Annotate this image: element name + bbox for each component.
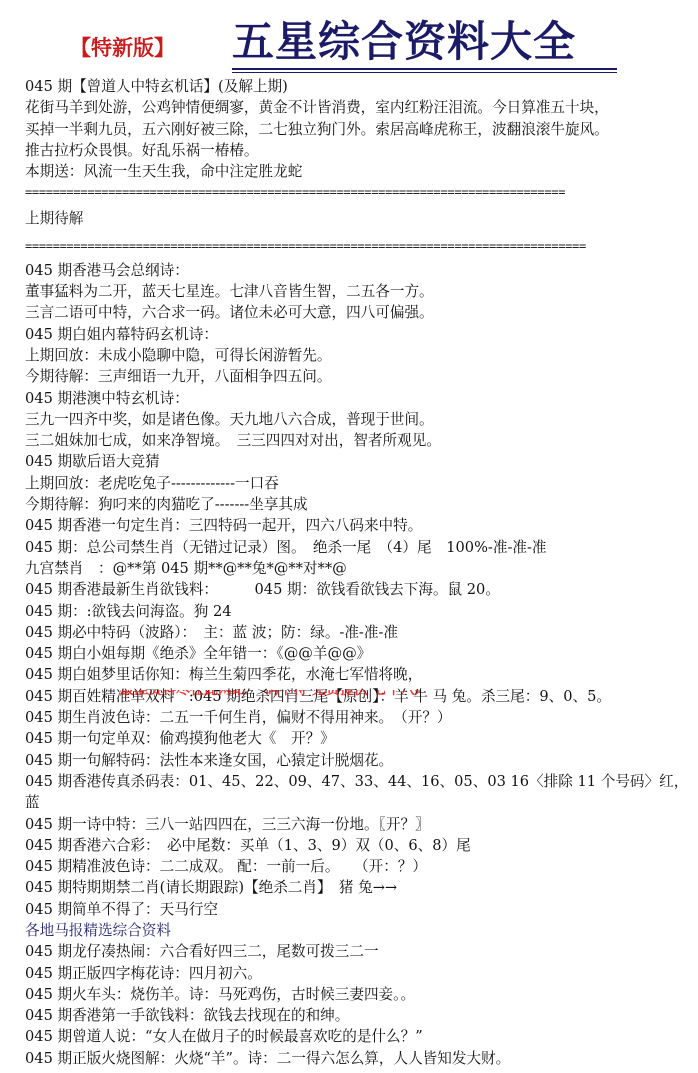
intro-line: 花街马羊到处游，公鸡钟情便绸寥，黄金不计皆消费，室内红粉汪泪流。今日算准五十块， bbox=[25, 97, 693, 118]
list-item: 045 期香港传真杀码表：01、45、22、09、47、33、44、16、05、… bbox=[25, 771, 693, 814]
intro-line: 买掉一半剩九员，五六刚好被三除，二七独立狗门外。索居高峰虎称王，波翻浪滚牛旋风。 bbox=[25, 119, 693, 140]
list-item: 045 期香港最新生肖欲钱料： 045 期：欲钱看欲钱去下海。鼠 20。 bbox=[25, 579, 693, 600]
list-item: 今期待解：三声细语一九开，八面相争四五问。 bbox=[25, 366, 693, 387]
list-item: 045 期一句定单双：偷鸡摸狗他老大《 开？》 bbox=[25, 728, 693, 749]
list-item: 045 期精准波色诗：二二成双。 配：一前一后。 （开：？） bbox=[25, 856, 693, 877]
separator-bottom: ========================================… bbox=[25, 236, 693, 256]
list-item: 今期待解：狗叼来的肉猫吃了-------坐享其成 bbox=[25, 494, 693, 515]
list-item: 045 期歇后语大竞猜 bbox=[25, 451, 693, 472]
list-item: 045 期白姐内幕特码玄机诗： bbox=[25, 324, 693, 345]
title-underline-thin bbox=[232, 72, 617, 73]
red-overlay-label: 最准资料尽在此网站 一码中特 免费提供 七十八期 bbox=[120, 690, 420, 697]
list-item: 上期回放：未成小隐聊中隐，可得长闲游暂先。 bbox=[25, 345, 693, 366]
list-item: 045 期香港六合彩： 必中尾数：买单（1、3、9）双（0、6、8）尾 bbox=[25, 835, 693, 856]
list-item: 三二姐妹加七成，如来净智境。 三三四四对对出，智者所观见。 bbox=[25, 430, 693, 451]
list-item: 045 期正版火烧图解：火烧“羊”。诗：二一得六怎么算，人人皆知发大财。 bbox=[25, 1048, 693, 1069]
separator-top: ========================================… bbox=[25, 182, 693, 202]
list-item: 董事猛料为二开，蓝天七星连。七津八音皆生智，二五各一方。 bbox=[25, 281, 693, 302]
list-item: 045 期香港第一手欲钱料：欲钱去找现在的和绅。 bbox=[25, 1005, 693, 1026]
pending-items-list: 045 期香港马会总纲诗： 董事猛料为二开，蓝天七星连。七津八音皆生智，二五各一… bbox=[25, 260, 693, 920]
list-item: 045 期龙仔凑热闹：六合看好四三二，尾数可拨三二一 bbox=[25, 941, 693, 962]
list-item: 045 期香港一句定生肖：三四特码一起开，四六八码来中特。 bbox=[25, 515, 693, 536]
page-header: 【特新版】 五星综合资料大全 bbox=[0, 0, 698, 76]
list-item: 九宫禁肖 ：@**第 045 期**@**兔*@**对**@ bbox=[25, 558, 693, 579]
list-item: 045 期：总公司禁生肖（无错过记录）图。 绝杀一尾 （4）尾 100%-准-准… bbox=[25, 537, 693, 558]
list-item: 045 期香港马会总纲诗： bbox=[25, 260, 693, 281]
intro-gift: 本期送：风流一生天生我，命中注定胜龙蛇 bbox=[25, 161, 693, 182]
page-title: 五星综合资料大全 bbox=[232, 16, 576, 68]
intro-line: 推古拉朽众畏惧。好乱乐祸一椿椿。 bbox=[25, 140, 693, 161]
regional-section: 各地马报精选综合资料 045 期龙仔凑热闹：六合看好四三二，尾数可拨三二一 04… bbox=[25, 920, 693, 1069]
list-item: 045 期：:欲钱去问海盗。狗 24 bbox=[25, 601, 693, 622]
list-item: 045 期火车头：烧伤羊。诗：马死鸡伤，古时候三妻四妾。。 bbox=[25, 984, 693, 1005]
edition-label: 【特新版】 bbox=[70, 32, 175, 62]
list-item: 045 期必中特码（波路）： 主：蓝 波；防：绿。-准-准-准 bbox=[25, 622, 693, 643]
list-item: 045 期生肖波色诗：二五一千何生肖，偏财不得用神来。 （开？） bbox=[25, 707, 693, 728]
section-pending-title: 上期待解 bbox=[25, 202, 693, 235]
list-item: 045 期港澳中特玄机诗： bbox=[25, 388, 693, 409]
list-item: 045 期曾道人说：“女人在做月子的时候最喜欢吃的是什么？” bbox=[25, 1026, 693, 1047]
list-item: 045 期白姐梦里话你知：梅兰生菊四季花，水淹七军惜将晚， bbox=[25, 664, 693, 685]
list-item: 上期回放：老虎吃兔子-------------一口吞 bbox=[25, 473, 693, 494]
list-item: 045 期一诗中特：三八一站四四在，三三六海一份地。〖开？〗 bbox=[25, 814, 693, 835]
list-item: 三九一四齐中奖，如是诸色像。天九地八六合成，普现于世间。 bbox=[25, 409, 693, 430]
title-underline bbox=[232, 68, 617, 70]
intro-heading: 045 期【曾道人中特玄机话】(及解上期) bbox=[25, 76, 693, 97]
document-body: 045 期【曾道人中特玄机话】(及解上期) 花街马羊到处游，公鸡钟情便绸寥，黄金… bbox=[25, 76, 693, 1069]
list-item: 045 期简单不得了：天马行空 bbox=[25, 899, 693, 920]
list-item: 045 期一句解特码：法性本来逢女国，心猿定计脱烟花。 bbox=[25, 750, 693, 771]
regional-section-title: 各地马报精选综合资料 bbox=[25, 920, 693, 941]
list-item: 三言二语可中特，六合求一码。诸位未必可大意，四八可偏强。 bbox=[25, 302, 693, 323]
intro-section: 045 期【曾道人中特玄机话】(及解上期) 花街马羊到处游，公鸡钟情便绸寥，黄金… bbox=[25, 76, 693, 182]
list-item: 045 期正版四字梅花诗：四月初六。 bbox=[25, 963, 693, 984]
list-item: 045 期白小姐每期《绝杀》全年错一：《@@羊@@》 bbox=[25, 643, 693, 664]
red-overlay-text: 最准资料尽在此网站 一码中特 免费提供 七十八期 bbox=[120, 690, 420, 697]
list-item: 045 期特期期禁二肖(请长期跟踪)【绝杀二肖】 猪 兔→→ bbox=[25, 877, 693, 898]
